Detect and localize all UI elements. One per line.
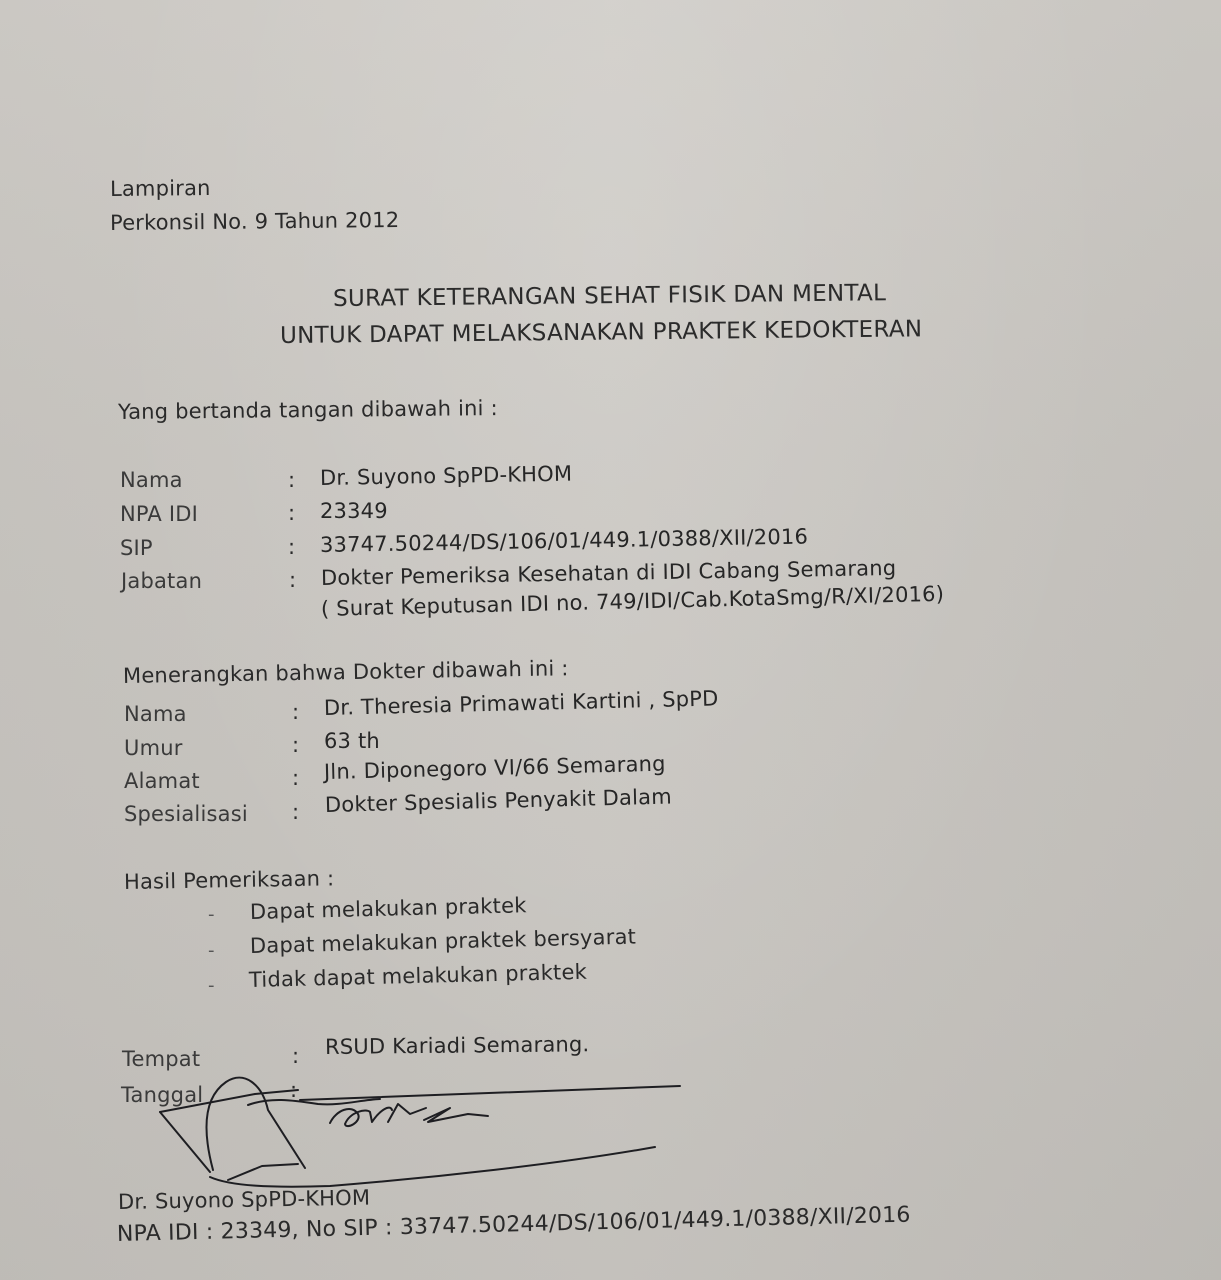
document-paper: Lampiran Perkonsil No. 9 Tahun 2012 SURA… bbox=[0, 0, 1221, 1280]
signatory-name: Dr. Suyono SpPD-KHOM bbox=[118, 1186, 371, 1214]
handwritten-signature bbox=[0, 0, 1221, 1280]
